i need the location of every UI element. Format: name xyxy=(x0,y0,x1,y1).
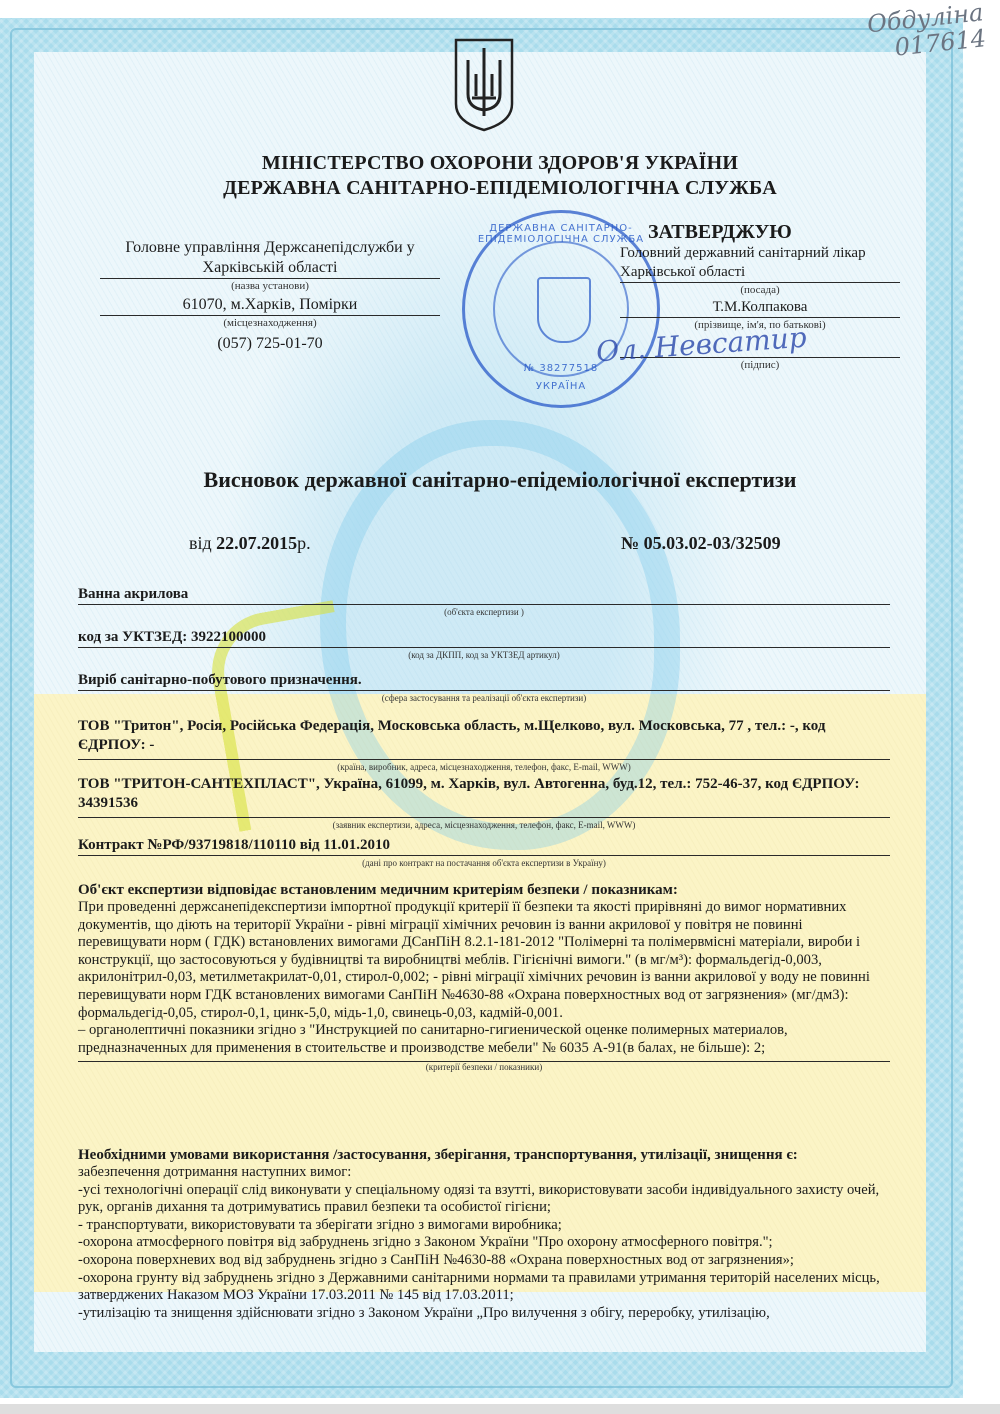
institution-name-line2: Харківській області xyxy=(100,258,440,279)
conditions-item: -охорона грунту від забруднень згідно з … xyxy=(78,1270,890,1305)
field-applicant: ТОВ "ТРИТОН-САНТЕХПЛАСТ", Україна, 61099… xyxy=(78,775,890,831)
institution-name-caption: (назва установи) xyxy=(100,279,440,293)
institution-name-line1: Головне управління Держсанепідслужби у xyxy=(100,238,440,258)
document-date: від 22.07.2015р. xyxy=(189,533,311,554)
date-value: 22.07.2015 xyxy=(216,533,297,553)
field-contract: Контракт №РФ/93719818/110110 від 11.01.2… xyxy=(78,836,890,869)
conditions-item: - транспортувати, використовувати та збе… xyxy=(78,1217,890,1235)
field-manufacturer-caption: (країна, виробник, адреса, місцезнаходже… xyxy=(78,761,890,773)
date-suffix: р. xyxy=(297,533,311,553)
conditions-item: -охорона поверхневих вод від забруднень … xyxy=(78,1252,890,1270)
field-manufacturer: ТОВ "Тритон", Росія, Російська Федерація… xyxy=(78,717,890,773)
field-manufacturer-value: ТОВ "Тритон", Росія, Російська Федерація… xyxy=(78,717,890,760)
approval-position-line1: Головний державний санітарний лікар xyxy=(620,244,900,263)
ministry-heading: МІНІСТЕРСТВО ОХОРОНИ ЗДОРОВ'Я УКРАЇНИ xyxy=(0,152,1000,175)
field-code: код за УКТЗЕД: 3922100000 (код за ДКПП, … xyxy=(78,628,890,661)
field-scope: Виріб санітарно-побутового призначення. … xyxy=(78,671,890,704)
approval-position-line2: Харківської області xyxy=(620,263,900,283)
field-applicant-caption: (заявник експертизи, адреса, місцезнаход… xyxy=(78,819,890,831)
conditions-item: забезпечення дотримання наступних вимог: xyxy=(78,1164,890,1182)
field-object: Ванна акрилова (об'єкта експертизи ) xyxy=(78,585,890,618)
approval-name: Т.М.Колпакова xyxy=(620,298,900,318)
approval-position-caption: (посада) xyxy=(620,283,900,298)
institution-address-caption: (місцезнаходження) xyxy=(100,316,440,330)
institution-phone: (057) 725-01-70 xyxy=(100,334,440,354)
date-prefix: від xyxy=(189,533,212,553)
criteria-paragraph-2: – органолептичні показники згідно з "Инс… xyxy=(78,1022,890,1062)
conditions-item: -усі технологічні операції слід виконува… xyxy=(78,1182,890,1217)
document-number: № 05.03.02-03/32509 xyxy=(621,533,781,554)
stamp-country: УКРАЇНА xyxy=(465,381,657,392)
conditions-section: Необхідними умовами використання /застос… xyxy=(78,1146,890,1322)
document-title: Висновок державної санітарно-епідеміолог… xyxy=(0,467,1000,493)
field-contract-caption: (дані про контракт на постачання об'єкта… xyxy=(78,857,890,869)
field-code-value: код за УКТЗЕД: 3922100000 xyxy=(78,628,890,648)
service-heading: ДЕРЖАВНА САНІТАРНО-ЕПІДЕМІОЛОГІЧНА СЛУЖБ… xyxy=(0,177,1000,200)
conditions-item: -охорона атмосферного повітря від забруд… xyxy=(78,1234,890,1252)
institution-address: 61070, м.Харків, Помірки xyxy=(100,295,440,316)
field-applicant-value: ТОВ "ТРИТОН-САНТЕХПЛАСТ", Україна, 61099… xyxy=(78,775,890,818)
approval-heading: ЗАТВЕРДЖУЮ xyxy=(648,221,900,244)
stamp-coat-of-arms-icon xyxy=(537,277,591,343)
criteria-caption: (критерії безпеки / показники) xyxy=(78,1062,890,1072)
scan-edge xyxy=(0,1404,1000,1414)
criteria-paragraph-1: При проведенні держсанепідекспертизи імп… xyxy=(78,899,890,1022)
field-scope-caption: (сфера застосування та реалізації об'єкт… xyxy=(78,692,890,704)
field-object-caption: (об'єкта експертизи ) xyxy=(78,606,890,618)
field-scope-value: Виріб санітарно-побутового призначення. xyxy=(78,671,890,691)
field-contract-value: Контракт №РФ/93719818/110110 від 11.01.2… xyxy=(78,836,890,856)
criteria-heading: Об'єкт експертизи відповідає встановлени… xyxy=(78,881,890,899)
institution-block: Головне управління Держсанепідслужби у Х… xyxy=(100,238,440,354)
coat-of-arms-icon xyxy=(454,38,514,132)
conditions-item: -утилізацію та знищення здійснювати згід… xyxy=(78,1305,890,1323)
field-object-value: Ванна акрилова xyxy=(78,585,890,605)
field-code-caption: (код за ДКПП, код за УКТЗЕД артикул) xyxy=(78,649,890,661)
criteria-section: Об'єкт експертизи відповідає встановлени… xyxy=(78,881,890,1072)
conditions-heading: Необхідними умовами використання /застос… xyxy=(78,1146,890,1164)
